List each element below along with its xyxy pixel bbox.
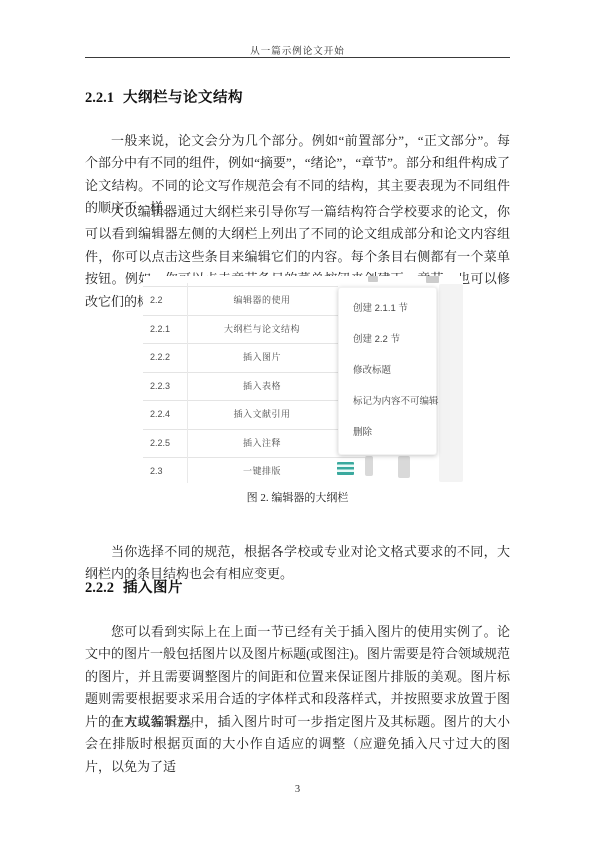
outline-row-2-2-3: 2.2.3 插入表格 [143, 372, 365, 401]
section-number: 2.2.1 [85, 90, 114, 106]
outline-row-title: 编辑器的使用 [187, 295, 337, 306]
outline-row-number: 2.2.2 [150, 352, 170, 363]
outline-row-number: 2.2 [150, 295, 163, 306]
page-number: 3 [85, 784, 510, 795]
outline-row-2-2-5: 2.2.5 插入注释 [143, 429, 365, 458]
menu-item-rename: 修改标题 [339, 360, 436, 391]
outline-row-2-2-2: 2.2.2 插入图片 [143, 343, 365, 372]
outline-row-number: 2.3 [150, 466, 163, 477]
figure-caption: 图 2. 编辑器的大纲栏 [85, 489, 510, 505]
outline-row-title: 一键排版 [187, 466, 337, 477]
outline-row-title: 插入图片 [187, 352, 337, 363]
section-title: 插入图片 [123, 580, 183, 596]
menu-item-mark-uneditable: 标记为内容不可编辑 [339, 391, 436, 422]
outline-row-title: 插入注释 [187, 438, 337, 449]
section-number: 2.2.2 [85, 580, 114, 596]
outline-row-2-2-4: 2.2.4 插入文献引用 [143, 400, 365, 429]
background-panel-edge [439, 284, 463, 482]
running-header-text: 从一篇示例论文开始 [250, 47, 345, 57]
figure-outline-screenshot: 2.2 编辑器的使用 2.2.1 大纲栏与论文结构 2.2.2 插入图片 2.2… [143, 276, 463, 488]
cutoff-ui-fragment [365, 456, 373, 476]
paragraph-5: 在大以编辑器中，插入图片时可一步指定图片及其标题。图片的大小会在排版时根据页面的… [85, 711, 510, 778]
outline-row-number: 2.2.5 [150, 438, 170, 449]
menu-item-create-2-2: 创建 2.2 节 [339, 329, 436, 360]
menu-item-create-2-1-1: 创建 2.1.1 节 [339, 298, 436, 329]
list-menu-icon [337, 462, 354, 475]
outline-row-2-2: 2.2 编辑器的使用 [143, 286, 365, 315]
menu-item-delete: 删除 [339, 422, 436, 453]
cutoff-button-fragment [368, 276, 378, 282]
cutoff-button-fragment [426, 276, 439, 283]
running-header: 从一篇示例论文开始 [85, 43, 510, 57]
section-heading-2-2-2: 2.2.2插入图片 [85, 580, 510, 597]
header-rule [85, 57, 510, 58]
outline-row-title: 大纲栏与论文结构 [187, 324, 337, 335]
outline-row-number: 2.2.3 [150, 381, 170, 392]
outline-row-2-3: 2.3 一键排版 [143, 457, 365, 486]
section-title: 大纲栏与论文结构 [123, 90, 243, 106]
outline-row-title: 插入文献引用 [187, 409, 337, 420]
outline-row-title: 插入表格 [187, 381, 337, 392]
context-menu: 创建 2.1.1 节 创建 2.2 节 修改标题 标记为内容不可编辑 删除 [338, 287, 437, 455]
cutoff-ui-fragment [398, 456, 410, 478]
document-page: 从一篇示例论文开始 2.2.1大纲栏与论文结构 一般来说，论文会分为几个部分。例… [0, 0, 595, 842]
section-heading-2-2-1: 2.2.1大纲栏与论文结构 [85, 90, 510, 107]
outline-row-2-2-1: 2.2.1 大纲栏与论文结构 [143, 315, 365, 344]
outline-row-number: 2.2.1 [150, 324, 170, 335]
outline-row-number: 2.2.4 [150, 409, 170, 420]
